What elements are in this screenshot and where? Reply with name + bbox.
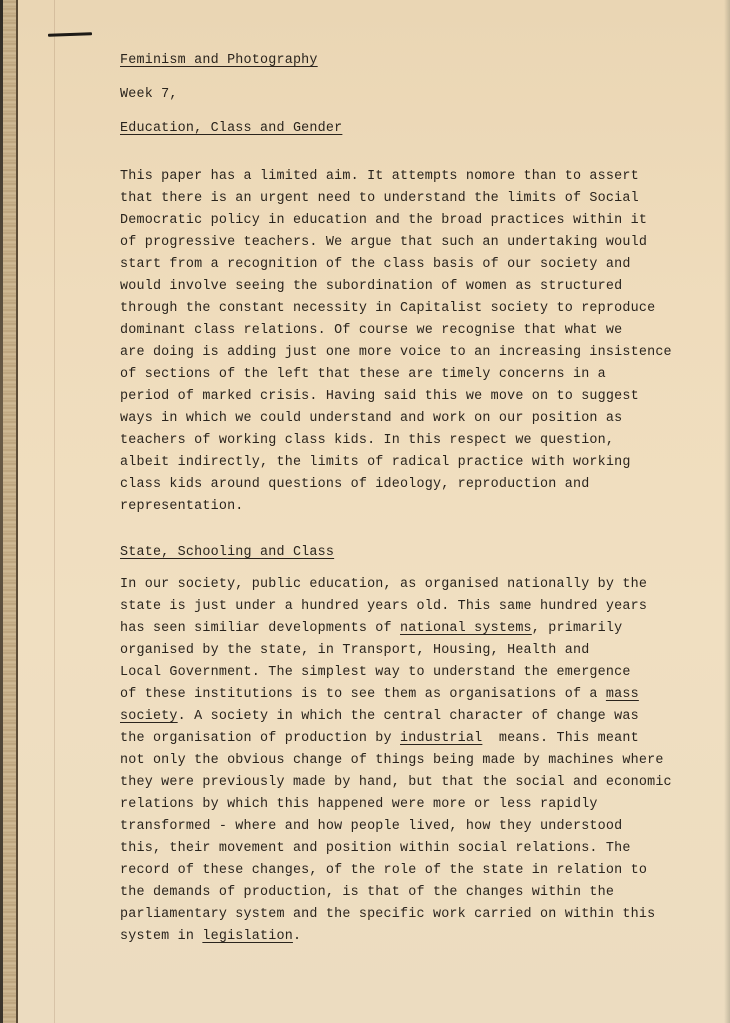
text-line: state is just under a hundred years old.…: [120, 596, 720, 618]
text-line: that there is an urgent need to understa…: [120, 188, 720, 210]
document-title: Feminism and Photography: [120, 50, 720, 72]
document-subtitle: Education, Class and Gender: [120, 118, 720, 140]
margin-line: [54, 0, 55, 1023]
text-line: In our society, public education, as org…: [120, 574, 720, 596]
title-text: Feminism and Photography: [120, 53, 318, 68]
text-line: class kids around questions of ideology,…: [120, 474, 720, 496]
text-span: .: [293, 929, 301, 944]
text-span: means. This meant: [482, 731, 638, 746]
text-span: , primarily: [532, 621, 623, 636]
underlined-term: society: [120, 709, 178, 724]
text-line: of sections of the left that these are t…: [120, 364, 720, 386]
text-line: through the constant necessity in Capita…: [120, 298, 720, 320]
text-line: the demands of production, is that of th…: [120, 882, 720, 904]
text-line: organised by the state, in Transport, Ho…: [120, 640, 720, 662]
text-span: the organisation of production by: [120, 731, 400, 746]
text-line: of these institutions is to see them as …: [120, 684, 720, 706]
text-line: has seen similiar developments of nation…: [120, 618, 720, 640]
text-span: of these institutions is to see them as …: [120, 687, 606, 702]
text-line: dominant class relations. Of course we r…: [120, 320, 720, 342]
text-line: record of these changes, of the role of …: [120, 860, 720, 882]
text-line: are doing is adding just one more voice …: [120, 342, 720, 364]
text-line: ways in which we could understand and wo…: [120, 408, 720, 430]
paragraph-state-schooling: In our society, public education, as org…: [120, 574, 720, 948]
text-span: . A society in which the central charact…: [178, 709, 639, 724]
text-line: Democratic policy in education and the b…: [120, 210, 720, 232]
underlined-term: national systems: [400, 621, 532, 636]
text-line: start from a recognition of the class ba…: [120, 254, 720, 276]
week-label: Week 7,: [120, 84, 720, 106]
pen-mark: [48, 32, 92, 37]
text-line: would involve seeing the subordination o…: [120, 276, 720, 298]
document-body: Feminism and Photography Week 7, Educati…: [120, 50, 720, 972]
text-line: they were previously made by hand, but t…: [120, 772, 720, 794]
text-span: system in: [120, 929, 202, 944]
text-line: the organisation of production by indust…: [120, 728, 720, 750]
text-line: society. A society in which the central …: [120, 706, 720, 728]
section-heading: State, Schooling and Class: [120, 542, 720, 564]
text-line: This paper has a limited aim. It attempt…: [120, 166, 720, 188]
binding-edge: [0, 0, 18, 1023]
text-line: transformed - where and how people lived…: [120, 816, 720, 838]
underlined-term: legislation: [202, 929, 293, 944]
text-line: Local Government. The simplest way to un…: [120, 662, 720, 684]
text-line: teachers of working class kids. In this …: [120, 430, 720, 452]
paragraph-intro: This paper has a limited aim. It attempt…: [120, 166, 720, 518]
text-line: not only the obvious change of things be…: [120, 750, 720, 772]
text-line: period of marked crisis. Having said thi…: [120, 386, 720, 408]
text-line: parliamentary system and the specific wo…: [120, 904, 720, 926]
underlined-term: industrial: [400, 731, 482, 746]
text-line: this, their movement and position within…: [120, 838, 720, 860]
text-line: albeit indirectly, the limits of radical…: [120, 452, 720, 474]
text-line: representation.: [120, 496, 720, 518]
text-line: system in legislation.: [120, 926, 720, 948]
text-span: has seen similiar developments of: [120, 621, 400, 636]
underlined-term: mass: [606, 687, 639, 702]
section-heading-text: State, Schooling and Class: [120, 545, 334, 560]
subtitle-text: Education, Class and Gender: [120, 121, 342, 136]
text-line: relations by which this happened were mo…: [120, 794, 720, 816]
text-line: of progressive teachers. We argue that s…: [120, 232, 720, 254]
